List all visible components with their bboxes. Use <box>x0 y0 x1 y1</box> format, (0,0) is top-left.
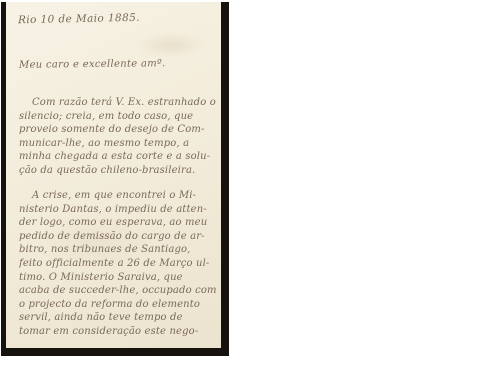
manuscript-line: proveio somente do desejo de Com- <box>19 123 217 137</box>
date-line: Rio 10 de Maio 1885. <box>18 12 140 27</box>
letter-scan-frame: Rio 10 de Maio 1885. Meu caro e excellen… <box>1 2 229 356</box>
manuscript-line: servil, ainda não teve tempo de <box>19 311 217 325</box>
salutation: Meu caro e excellente amº. <box>19 58 166 71</box>
paragraph-2: A crise, em que encontrei o Mi-nisterio … <box>19 189 217 339</box>
manuscript-line: pedido de demissão do cargo de ar- <box>19 230 217 244</box>
manuscript-line: silencio; creia, em todo caso, que <box>19 110 217 124</box>
manuscript-line: tomar em consideração este nego- <box>19 325 217 339</box>
manuscript-line: ção da questão chileno-brasileira. <box>19 164 217 178</box>
paragraph-1: Com razão terá V. Ex. estranhado o meusi… <box>19 96 217 178</box>
manuscript-line: nisterio Dantas, o impediu de atten- <box>19 203 217 217</box>
manuscript-line: feito officialmente a 26 de Março ul- <box>19 257 217 271</box>
letter-paper: Rio 10 de Maio 1885. Meu caro e excellen… <box>6 2 221 348</box>
manuscript-line: municar-lhe, ao mesmo tempo, a <box>19 137 217 151</box>
manuscript-line: Com razão terá V. Ex. estranhado o meu <box>19 96 217 110</box>
manuscript-line: o projecto da reforma do elemento <box>19 298 217 312</box>
manuscript-line: timo. O Ministerio Saraiva, que <box>19 271 217 285</box>
manuscript-line: bitro, nos tribunaes de Santiago, <box>19 243 217 257</box>
paper-stain <box>136 32 206 58</box>
manuscript-line: A crise, em que encontrei o Mi- <box>19 189 217 203</box>
manuscript-line: acaba de succeder-lhe, occupado com <box>19 284 217 298</box>
manuscript-line: minha chegada a esta corte e a solu- <box>19 150 217 164</box>
manuscript-line: der logo, como eu esperava, ao meu <box>19 216 217 230</box>
page-background: { "colors": { "background": "#ffffff", "… <box>0 0 480 371</box>
